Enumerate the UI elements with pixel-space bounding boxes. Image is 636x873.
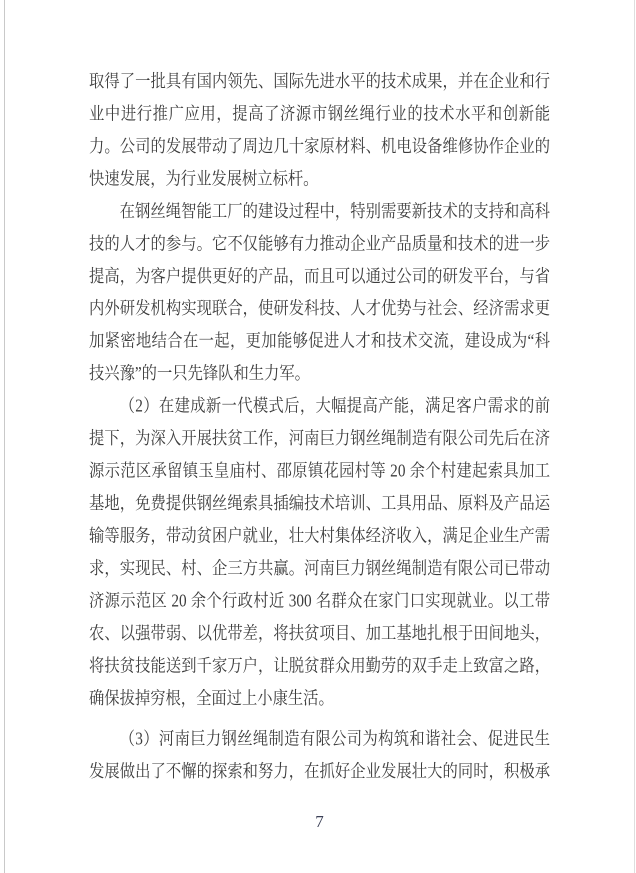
text-line: 快速发展，为行业发展树立标杆。 [89,163,550,195]
page-right-edge-line [634,0,635,873]
text-line: 内外研发机构实现联合，使研发科技、人才优势与社会、经济需求更 [89,293,550,325]
text-line: 提高，为客户提供更好的产品，而且可以通过公司的研发平台，与省 [89,261,550,293]
paragraph: （2）在建成新一代模式后，大幅提高产能，满足客户需求的前提下，为深入开展扶贫工作… [89,391,550,716]
text-line: （2）在建成新一代模式后，大幅提高产能，满足客户需求的前 [89,391,550,423]
text-line: 提下，为深入开展扶贫工作，河南巨力钢丝绳制造有限公司先后在济 [89,423,550,455]
text-line: 发展做出了不懈的探索和努力，在抓好企业发展壮大的同时，积极承 [89,756,550,788]
text-line: 确保拔掉穷根，全面过上小康生活。 [89,683,550,715]
text-line: 农、以强带弱、以优带差，将扶贫项目、加工基地扎根于田间地头， [89,618,550,650]
document-page: 取得了一批具有国内领先、国际先进水平的技术成果，并在企业和行业中进行推广应用，提… [0,0,636,873]
page-number: 7 [89,812,550,832]
text-line: 求，实现民、村、企三方共赢。河南巨力钢丝绳制造有限公司已带动 [89,553,550,585]
text-line: 将扶贫技能送到千家万户，让脱贫群众用勤劳的双手走上致富之路， [89,651,550,683]
text-line: 取得了一批具有国内领先、国际先进水平的技术成果，并在企业和行 [89,66,550,98]
text-line: 技的人才的参与。它不仅能够有力推动企业产品质量和技术的进一步 [89,228,550,260]
page-left-edge-line [4,0,5,873]
paragraph: 在钢丝绳智能工厂的建设过程中，特别需要新技术的支持和高科技的人才的参与。它不仅能… [89,196,550,391]
text-line: （3）河南巨力钢丝绳制造有限公司为构筑和谐社会、促进民生 [89,724,550,756]
text-line: 业中进行推广应用，提高了济源市钢丝绳行业的技术水平和创新能 [89,98,550,130]
paragraph: （3）河南巨力钢丝绳制造有限公司为构筑和谐社会、促进民生发展做出了不懈的探索和努… [89,724,550,789]
text-line: 力。公司的发展带动了周边几十家原材料、机电设备维修协作企业的 [89,131,550,163]
text-line: 济源示范区 20 余个行政村近 300 名群众在家门口实现就业。以工带 [89,586,550,618]
document-body: 取得了一批具有国内领先、国际先进水平的技术成果，并在企业和行业中进行推广应用，提… [89,66,550,789]
paragraph: 取得了一批具有国内领先、国际先进水平的技术成果，并在企业和行业中进行推广应用，提… [89,66,550,196]
text-line: 源示范区承留镇玉皇庙村、邵原镇花园村等 20 余个村建起索具加工 [89,456,550,488]
text-line: 输等服务，带动贫困户就业，壮大村集体经济收入，满足企业生产需 [89,521,550,553]
text-line: 技兴豫”的一只先锋队和生力军。 [89,358,550,390]
text-line: 加紧密地结合在一起，更加能够促进人才和技术交流，建设成为“科 [89,326,550,358]
text-line: 在钢丝绳智能工厂的建设过程中，特别需要新技术的支持和高科 [89,196,550,228]
text-line: 基地，免费提供钢丝绳索具插编技术培训、工具用品、原料及产品运 [89,488,550,520]
